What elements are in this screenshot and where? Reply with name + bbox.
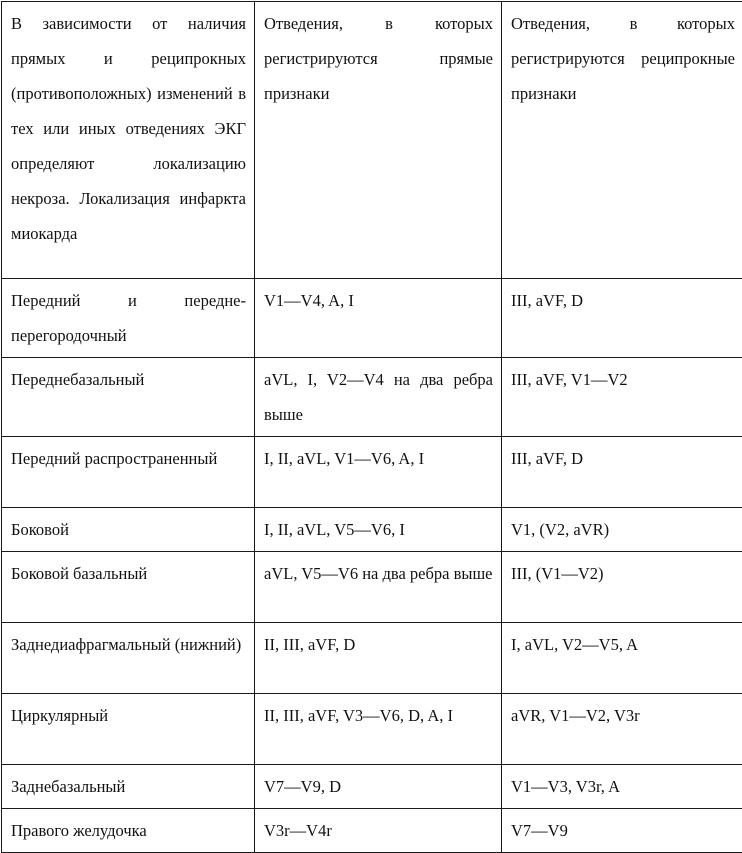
header-localization: В зависимости от наличия прямых и реципр… [2, 2, 255, 279]
table-row: Циркулярный II, III, aVF, V3—V6, D, A, I… [2, 694, 742, 765]
table-header-row: В зависимости от наличия прямых и реципр… [2, 2, 742, 279]
table-row: Переднебазальный aVL, I, V2—V4 на два ре… [2, 358, 742, 437]
cell-localization: Передний и передне-перегородочный [2, 279, 255, 358]
cell-direct: aVL, V5—V6 на два ребра выше [255, 552, 502, 623]
cell-localization: Переднебазальный [2, 358, 255, 437]
infarct-localization-table: В зависимости от наличия прямых и реципр… [1, 1, 742, 806]
cell-direct: II, III, aVF, V3—V6, D, A, I [255, 694, 502, 765]
cell-reciprocal: III, aVF, D [502, 279, 742, 358]
table-row: Боковой I, II, aVL, V5—V6, I V1, (V2, aV… [2, 508, 742, 552]
cell-localization: Боковой базальный [2, 552, 255, 623]
cell-localization: Заднебазальный [2, 765, 255, 807]
cell-localization: Боковой [2, 508, 255, 552]
header-direct-leads: Отведения, в которых регистрируются прям… [255, 2, 502, 279]
cell-reciprocal: aVR, V1—V2, V3r [502, 694, 742, 765]
cell-direct: I, II, aVL, V5—V6, I [255, 508, 502, 552]
cell-reciprocal: V1, (V2, aVR) [502, 508, 742, 552]
cell-localization: Заднедиафрагмальный (нижний) [2, 623, 255, 694]
cell-direct: V7—V9, D [255, 765, 502, 807]
cell-reciprocal: V1—V3, V3r, A [502, 765, 742, 807]
table-row: Заднебазальный V7—V9, D V1—V3, V3r, A [2, 765, 742, 807]
cell-direct: aVL, I, V2—V4 на два ребра выше [255, 358, 502, 437]
cell-reciprocal: III, (V1—V2) [502, 552, 742, 623]
table-row: Передний и передне-перегородочный V1—V4,… [2, 279, 742, 358]
cell-direct: II, III, aVF, D [255, 623, 502, 694]
table-row: Боковой базальный aVL, V5—V6 на два ребр… [2, 552, 742, 623]
cell-localization: Циркулярный [2, 694, 255, 765]
cell-direct: I, II, aVL, V1—V6, A, I [255, 437, 502, 508]
header-reciprocal-leads: Отведения, в которых регистрируются реци… [502, 2, 742, 279]
cell-reciprocal: III, aVF, D [502, 437, 742, 508]
cell-reciprocal: III, aVF, V1—V2 [502, 358, 742, 437]
cell-reciprocal: I, aVL, V2—V5, A [502, 623, 742, 694]
cell-direct: V1—V4, A, I [255, 279, 502, 358]
table-row: Передний распространенный I, II, aVL, V1… [2, 437, 742, 508]
cell-localization: Передний распространенный [2, 437, 255, 508]
table-row: Заднедиафрагмальный (нижний) II, III, aV… [2, 623, 742, 694]
